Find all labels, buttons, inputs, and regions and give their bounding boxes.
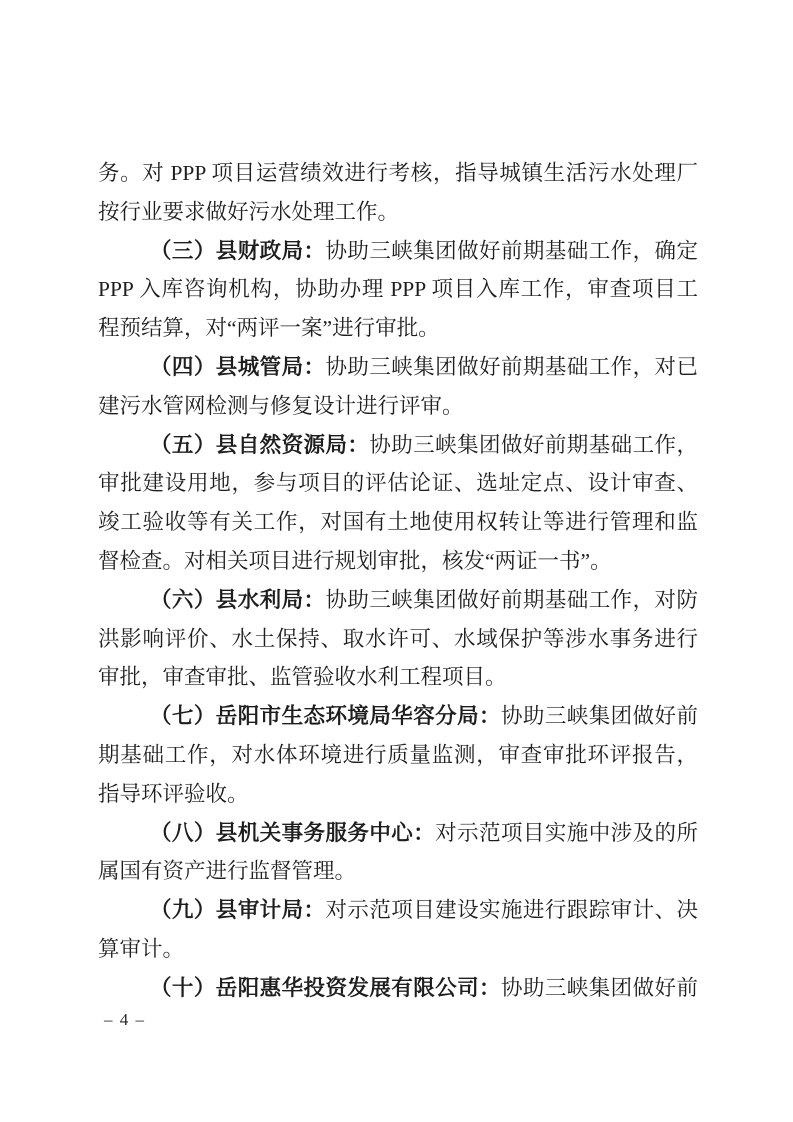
text-line: （十）岳阳惠华投资发展有限公司：协助三峡集团做好前 [98, 969, 698, 1008]
org-heading: （五）县自然资源局： [150, 433, 369, 457]
text-line: 竣工验收等有关工作，对国有土地使用权转让等进行管理和监 [98, 503, 698, 542]
line-text: 审批建设用地，参与项目的评估论证、选址定点、设计审查、 [98, 471, 698, 495]
line-text: 程预结算，对“两评一案”进行审批。 [98, 316, 440, 340]
line-text: 对示范项目建设实施进行跟踪审计、决 [326, 898, 698, 922]
text-line: 指导环评验收。 [98, 775, 698, 814]
line-text: 协助三峡集团做好前期基础工作，对防 [326, 588, 698, 612]
org-heading: （四）县城管局： [150, 355, 326, 379]
line-text: 督检查。对相关项目进行规划审批，核发“两证一书”。 [98, 549, 612, 573]
line-text: PPP 入库咨询机构，协助办理 PPP 项目入库工作，审查项目工 [98, 277, 698, 301]
text-line: （四）县城管局：协助三峡集团做好前期基础工作，对已 [98, 348, 698, 387]
text-line: （九）县审计局：对示范项目建设实施进行跟踪审计、决 [98, 891, 698, 930]
text-line: （三）县财政局：协助三峡集团做好前期基础工作，确定 [98, 232, 698, 271]
text-line: PPP 入库咨询机构，协助办理 PPP 项目入库工作，审查项目工 [98, 270, 698, 309]
text-line: 建污水管网检测与修复设计进行评审。 [98, 387, 698, 426]
line-text: 洪影响评价、水土保持、取水许可、水域保护等涉水事务进行 [98, 627, 698, 651]
text-line: （七）岳阳市生态环境局华容分局：协助三峡集团做好前 [98, 697, 698, 736]
page-number: – 4 – [104, 1008, 146, 1032]
document-body: 务。对 PPP 项目运营绩效进行考核，指导城镇生活污水处理厂 按行业要求做好污水… [98, 154, 698, 1008]
org-heading: （九）县审计局： [150, 898, 326, 922]
line-text: 协助三峡集团做好前期基础工作，对已 [326, 355, 698, 379]
org-heading: （十）岳阳惠华投资发展有限公司： [150, 976, 501, 1000]
line-text: 建污水管网检测与修复设计进行评审。 [98, 394, 464, 418]
text-line: 务。对 PPP 项目运营绩效进行考核，指导城镇生活污水处理厂 [98, 154, 698, 193]
text-line: 按行业要求做好污水处理工作。 [98, 193, 698, 232]
line-text: 协助三峡集团做好前 [501, 704, 698, 728]
line-text: 协助三峡集团做好前期基础工作， [369, 433, 698, 457]
line-text: 竣工验收等有关工作，对国有土地使用权转让等进行管理和监 [98, 510, 698, 534]
document-page: 务。对 PPP 项目运营绩效进行考核，指导城镇生活污水处理厂 按行业要求做好污水… [0, 0, 793, 1122]
text-line: 算审计。 [98, 930, 698, 969]
text-line: 审批建设用地，参与项目的评估论证、选址定点、设计审查、 [98, 464, 698, 503]
text-line: 程预结算，对“两评一案”进行审批。 [98, 309, 698, 348]
text-line: 督检查。对相关项目进行规划审批，核发“两证一书”。 [98, 542, 698, 581]
line-text: 期基础工作，对水体环境进行质量监测，审查审批环评报告， [98, 743, 698, 767]
org-heading: （七）岳阳市生态环境局华容分局： [150, 704, 501, 728]
line-text: 协助三峡集团做好前期基础工作，确定 [326, 239, 698, 263]
line-text: 审批，审查审批、监管验收水利工程项目。 [98, 665, 507, 689]
line-text: 对示范项目实施中涉及的所 [435, 821, 698, 845]
org-heading: （三）县财政局： [150, 239, 326, 263]
text-line: 洪影响评价、水土保持、取水许可、水域保护等涉水事务进行 [98, 620, 698, 659]
line-text: 指导环评验收。 [98, 782, 249, 806]
line-text: 属国有资产进行监督管理。 [98, 859, 356, 883]
line-text: 务。对 PPP 项目运营绩效进行考核，指导城镇生活污水处理厂 [98, 161, 698, 185]
text-line: （八）县机关事务服务中心：对示范项目实施中涉及的所 [98, 814, 698, 853]
org-heading: （六）县水利局： [150, 588, 326, 612]
text-line: 审批，审查审批、监管验收水利工程项目。 [98, 658, 698, 697]
line-text: 算审计。 [98, 937, 184, 961]
text-line: 属国有资产进行监督管理。 [98, 852, 698, 891]
line-text: 协助三峡集团做好前 [501, 976, 698, 1000]
line-text: 按行业要求做好污水处理工作。 [98, 200, 399, 224]
text-line: （六）县水利局：协助三峡集团做好前期基础工作，对防 [98, 581, 698, 620]
text-line: （五）县自然资源局：协助三峡集团做好前期基础工作， [98, 426, 698, 465]
text-line: 期基础工作，对水体环境进行质量监测，审查审批环评报告， [98, 736, 698, 775]
org-heading: （八）县机关事务服务中心： [150, 821, 435, 845]
